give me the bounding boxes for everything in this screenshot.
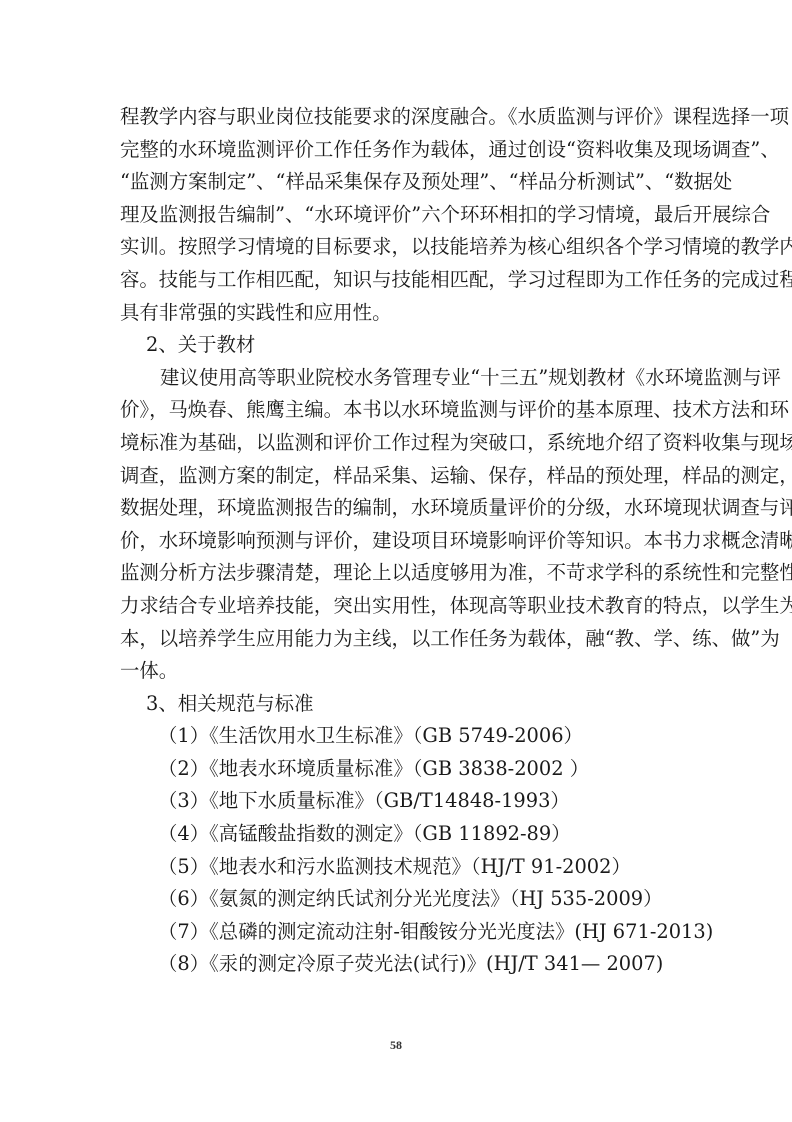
- paragraph-line: 实训。按照学习情境的目标要求，以技能培养为核心组织各个学习情境的教学内: [120, 231, 674, 264]
- paragraph-line: 理及监测报告编制”、“水环境评价”六个环环相扣的学习情境，最后开展综合: [120, 199, 674, 232]
- standard-item: （7）《总磷的测定流动注射-钼酸铵分光光度法》(HJ 671-2013): [120, 916, 674, 949]
- paragraph-line: 本，以培养学生应用能力为主线，以工作任务为载体，融“教、学、练、做”为: [120, 623, 674, 656]
- standard-item: （1）《生活饮用水卫生标准》（GB 5749-2006）: [120, 720, 674, 753]
- section-heading-textbook: 2、关于教材: [120, 329, 674, 362]
- paragraph-line: 力求结合专业培养技能，突出实用性，体现高等职业技术教育的特点，以学生为: [120, 590, 674, 623]
- standard-item: （6）《氨氮的测定纳氏试剂分光光度法》（HJ 535-2009）: [120, 883, 674, 916]
- paragraph-line: 数据处理，环境监测报告的编制，水环境质量评价的分级，水环境现状调查与评: [120, 492, 674, 525]
- page-body: 程教学内容与职业岗位技能要求的深度融合。《水质监测与评价》课程选择一项 完整的水…: [120, 101, 674, 981]
- paragraph-line: 一体。: [120, 655, 674, 688]
- standard-item: （3）《地下水质量标准》（GB/T14848-1993）: [120, 785, 674, 818]
- paragraph-line: 境标准为基础，以监测和评价工作过程为突破口，系统地介绍了资料收集与现场: [120, 427, 674, 460]
- paragraph-line: 具有非常强的实践性和应用性。: [120, 297, 674, 330]
- standard-item: （4）《高锰酸盐指数的测定》（GB 11892-89）: [120, 818, 674, 851]
- document-page: 程教学内容与职业岗位技能要求的深度融合。《水质监测与评价》课程选择一项 完整的水…: [0, 0, 792, 1122]
- paragraph-line: 调查，监测方案的制定，样品采集、运输、保存，样品的预处理，样品的测定，: [120, 460, 674, 493]
- standard-item: （2）《地表水环境质量标准》（GB 3838-2002 ）: [120, 753, 674, 786]
- standard-item: （5）《地表水和污水监测技术规范》（HJ/T 91-2002）: [120, 851, 674, 884]
- paragraph-line: “监测方案制定”、“样品采集保存及预处理”、“样品分析测试”、“数据处: [120, 166, 674, 199]
- standard-item: （8）《汞的测定冷原子荧光法(试行)》(HJ/T 341— 2007): [120, 948, 674, 981]
- paragraph-line: 价，水环境影响预测与评价，建设项目环境影响评价等知识。本书力求概念清晰，: [120, 525, 674, 558]
- paragraph-line: 完整的水环境监测评价工作任务作为载体，通过创设“资料收集及现场调查”、: [120, 134, 674, 167]
- paragraph-line: 容。技能与工作相匹配，知识与技能相匹配，学习过程即为工作任务的完成过程，: [120, 264, 674, 297]
- paragraph-line: 价》，马焕春、熊鹰主编。本书以水环境监测与评价的基本原理、技术方法和环: [120, 394, 674, 427]
- page-number: 58: [0, 1038, 792, 1053]
- paragraph-line: 建议使用高等职业院校水务管理专业“十三五”规划教材《水环境监测与评: [120, 362, 674, 395]
- paragraph-line: 监测分析方法步骤清楚，理论上以适度够用为准，不苛求学科的系统性和完整性，: [120, 557, 674, 590]
- paragraph-line: 程教学内容与职业岗位技能要求的深度融合。《水质监测与评价》课程选择一项: [120, 101, 674, 134]
- section-heading-standards: 3、相关规范与标准: [120, 688, 674, 721]
